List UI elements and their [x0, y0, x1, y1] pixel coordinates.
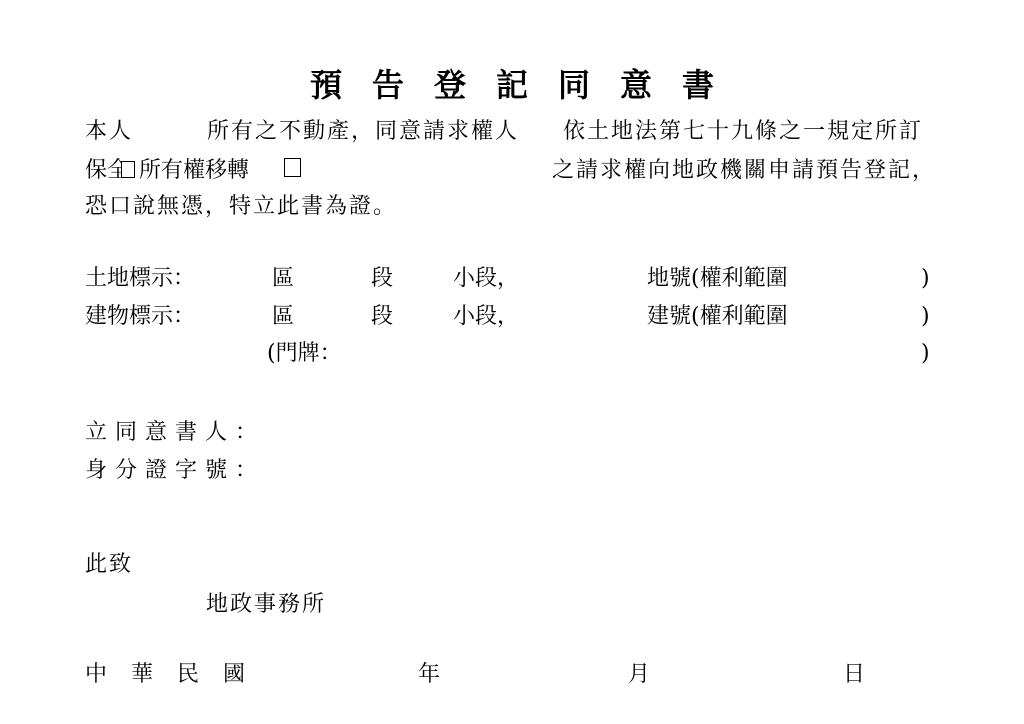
era-label: 中華民國	[85, 662, 269, 688]
land-parcel-range-label: 地號(權利範圍	[647, 266, 788, 292]
building-row-label: 建物標示：	[85, 304, 195, 330]
consent-form-page: 預告登記同意書 本人 所有之不動產，同意請求權人 依土地法第七十九條之一規定所訂…	[0, 0, 1024, 724]
land-district-label: 區	[272, 266, 294, 292]
land-section-label: 段	[371, 266, 393, 292]
salutation-label: 此致	[85, 552, 133, 578]
property-clause: 所有之不動產，同意請求權人	[207, 119, 519, 145]
building-district-label: 區	[272, 304, 294, 330]
land-subsection-label: 小段，	[453, 266, 519, 292]
signer-label: 立同意書人：	[85, 420, 265, 446]
closing-clause: 恐口說無憑，特立此書為證。	[85, 194, 397, 220]
address-label: (門牌：	[267, 341, 342, 367]
building-section-label: 段	[371, 304, 393, 330]
address-close-paren: )	[921, 341, 930, 367]
day-label: 日	[843, 662, 865, 688]
principal-label: 本人	[85, 119, 133, 145]
claim-clause: 之請求權向地政機關申請預告登記，	[552, 158, 936, 184]
month-label: 月	[628, 662, 650, 688]
ownership-transfer-label: 所有權移轉	[139, 158, 249, 184]
building-close-paren: )	[921, 304, 930, 330]
building-subsection-label: 小段，	[453, 304, 519, 330]
law-clause: 依土地法第七十九條之一規定所訂	[563, 119, 923, 145]
document-title: 預告登記同意書	[0, 60, 1024, 106]
id-number-label: 身分證字號：	[85, 458, 265, 484]
other-right-checkbox[interactable]	[284, 158, 301, 177]
land-close-paren: )	[921, 266, 930, 292]
building-number-range-label: 建號(權利範圍	[647, 304, 788, 330]
ownership-transfer-checkbox[interactable]	[121, 161, 135, 178]
land-row-label: 土地標示：	[85, 266, 195, 292]
land-office-label: 地政事務所	[206, 592, 326, 618]
year-label: 年	[418, 662, 440, 688]
